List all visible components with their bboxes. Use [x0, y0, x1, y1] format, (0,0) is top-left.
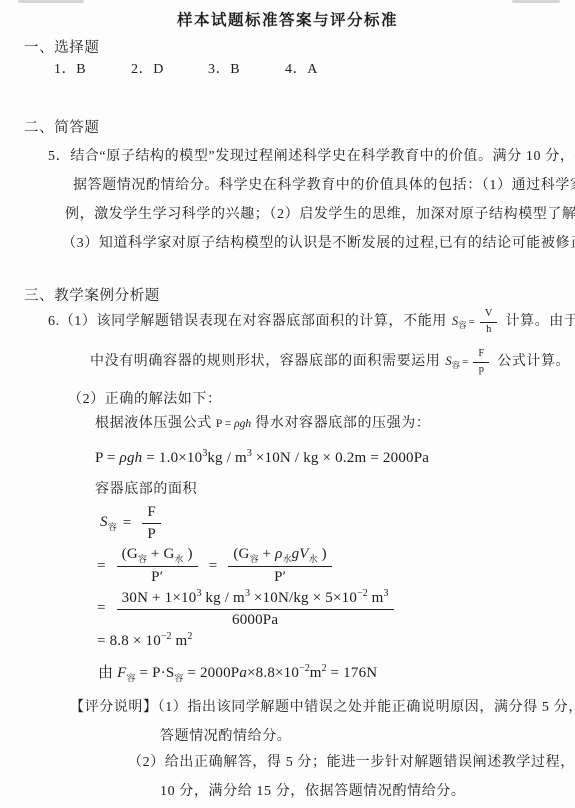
fraction-denominator: h — [486, 323, 491, 336]
fraction-numerator: (G容 + G水 ) — [117, 545, 198, 567]
fraction-numerator: F — [142, 503, 161, 524]
item6-part1-line-1: 6.（1）该同学解题错误表现在对容器底部面积的计算，不能用 S容=Vh 计算。由… — [48, 304, 575, 340]
document-page: 样本试题标准答案与评分标准 一、选择题 1．B2．D3．B4．A 二、简答题 5… — [0, 0, 575, 808]
fraction: Vh — [480, 308, 498, 335]
fraction-denominator: P — [147, 524, 156, 544]
area-equation-line-2: = (G容 + G水 )P′ = (G容 + ρ水gV水 )P′ — [97, 545, 337, 587]
fraction-numerator: V — [480, 308, 498, 322]
document-title: 样本试题标准答案与评分标准 — [0, 8, 575, 30]
section3-heading: 三、教学案例分析题 — [24, 286, 160, 306]
fraction-numerator: F — [473, 348, 489, 362]
formula-area-force-pressure: S容=Fp — [445, 348, 492, 375]
item5-line-3: 例，激发学生学习科学的兴趣；（2）启发学生的思维，加深对原子结构模型了解； — [65, 205, 575, 225]
item6-part1-line-2: 中没有明确容器的规则形状，容器底部的面积需要运用 S容=Fp 公式计算。 — [90, 344, 570, 380]
area-equation-line-1: S容 = FP — [100, 503, 166, 544]
formula-area-volume-height: S容=Vh — [452, 308, 501, 335]
fraction-denominator: P′ — [151, 567, 163, 587]
scoring-note-line-3: （2）给出正确解答，得 5 分；能进一步针对解题错误阐述教学过程，得 — [128, 753, 575, 773]
area-equation-result: = 8.8 × 10−2 m2 — [97, 631, 192, 650]
fraction: (G容 + ρ水gV水 )P′ — [228, 545, 331, 587]
section1-heading: 一、选择题 — [24, 38, 100, 58]
answer-item-2: 2．D — [131, 60, 208, 80]
pressure-intro-line: 根据液体压强公式 P = ρgh 得水对容器底部的压强为： — [95, 414, 430, 434]
scan-artifact-right — [512, 0, 560, 3]
area-label: 容器底部的面积 — [95, 480, 197, 500]
line-text: 计算。由于题目 — [505, 312, 575, 332]
equals-sign: = — [97, 558, 106, 575]
fraction-numerator: 30N + 1×103 kg / m3 ×10N/kg × 5×10−2 m3 — [117, 588, 394, 610]
line-text: 中没有明确容器的规则形状，容器底部的面积需要运用 — [90, 352, 440, 372]
fraction: Fp — [473, 348, 489, 375]
fraction-numerator: (G容 + ρ水gV水 ) — [228, 545, 331, 567]
item5-line-1: 5．结合“原子结构的模型”发现过程阐述科学史在科学教育中的价值。满分 10 分，… — [48, 147, 575, 167]
formula-subscript: 容 — [452, 360, 461, 370]
pressure-equation: P = ρgh = 1.0×103kg / m3 ×10N / kg × 0.2… — [95, 448, 429, 467]
scoring-note-line-2: 答题情况酌情给分。 — [160, 727, 291, 747]
fraction: (G容 + G水 )P′ — [117, 545, 198, 587]
scan-artifact-left — [18, 0, 84, 3]
fraction-denominator: 6000Pa — [232, 610, 278, 630]
equals-sign: = — [469, 316, 475, 328]
fraction-denominator: p — [479, 363, 484, 376]
answer-item-4: 4．A — [285, 60, 362, 80]
equals-sign: = — [462, 356, 468, 368]
section2-heading: 二、简答题 — [24, 118, 100, 138]
choice-answers-row: 1．B2．D3．B4．A — [54, 60, 362, 80]
answer-item-3: 3．B — [208, 60, 285, 80]
line-text: 公式计算。 — [497, 352, 570, 372]
equals-sign: = — [123, 515, 132, 532]
force-equation: 由 F容 = P·S容 = 2000Pa×8.8×10−2m2 = 176N — [98, 661, 377, 684]
equals-sign: = — [97, 600, 106, 617]
item6-part2-heading: （2）正确的解法如下： — [68, 390, 222, 410]
scoring-note-line-1: 【评分说明】（1）指出该同学解题中错误之处并能正确说明原因，满分得 5 分，依据 — [70, 698, 575, 718]
formula-subscript: 容 — [458, 320, 467, 330]
area-equation-line-3: = 30N + 1×103 kg / m3 ×10N/kg × 5×10−2 m… — [97, 588, 399, 630]
item5-line-4: （3）知道科学家对原子结构模型的认识是不断发展的过程,已有的结论可能被修正。 — [62, 234, 575, 254]
answer-item-1: 1．B — [54, 60, 131, 80]
math-lhs: S容 — [100, 514, 117, 533]
fraction-denominator: P′ — [274, 567, 286, 587]
equals-sign: = — [209, 558, 218, 575]
fraction: 30N + 1×103 kg / m3 ×10N/kg × 5×10−2 m36… — [117, 588, 394, 630]
line-text: 6.（1）该同学解题错误表现在对容器底部面积的计算，不能用 — [48, 312, 447, 332]
scoring-note-line-4: 10 分，满分给 15 分，依据答题情况酌情给分。 — [160, 782, 466, 802]
fraction: FP — [142, 503, 161, 544]
item5-line-2: 据答题情况酌情给分。科学史在科学教育中的价值具体的包括：（1）通过科学家案 — [73, 176, 575, 196]
